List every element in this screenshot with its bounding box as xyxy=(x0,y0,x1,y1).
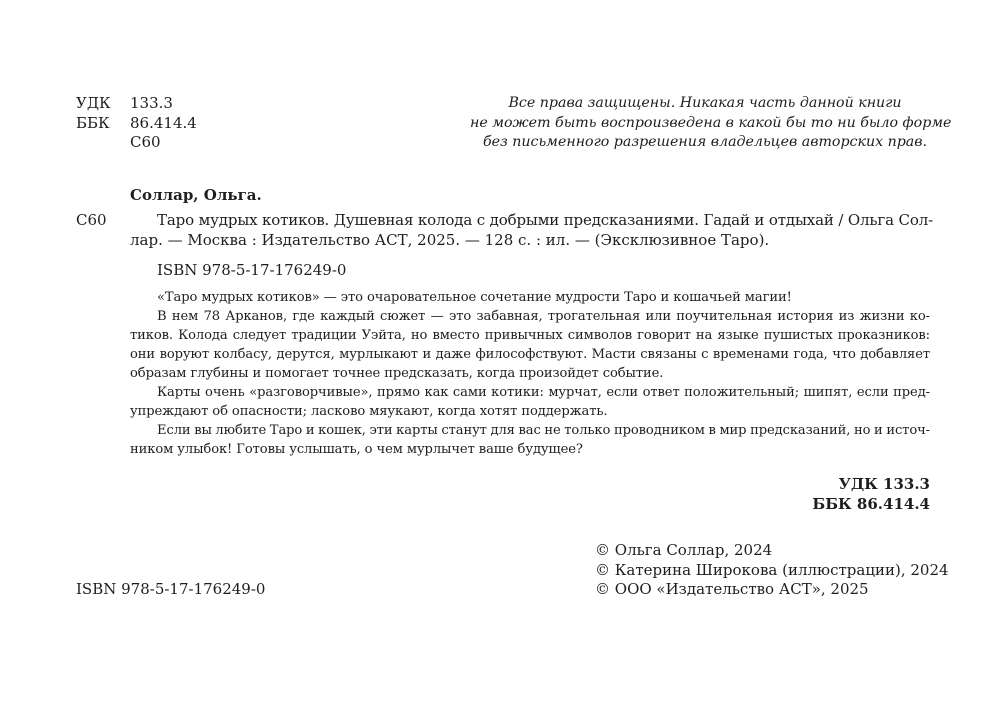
author-code: С60 xyxy=(130,133,161,152)
rights-notice-line: без письменного разрешения владельцев ав… xyxy=(470,133,940,153)
annotation-line: тиков. Колода следует традиции Уэйта, но… xyxy=(130,326,930,345)
entry-imprint-line: лар. — Москва : Издательство АСТ, 2025. … xyxy=(130,231,769,250)
copyright-line: © Катерина Широкова (иллюстрации), 2024 xyxy=(595,561,949,580)
author-heading: Соллар, Ольга. xyxy=(130,186,262,205)
annotation-line: образам глубины и помогает точнее предск… xyxy=(130,364,663,383)
bottom-bbk: ББК 86.414.4 xyxy=(812,495,930,514)
entry-title-line: Таро мудрых котиков. Душевная колода с д… xyxy=(157,211,933,230)
annotation-line: упреждают об опасности; ласково мяукают,… xyxy=(130,402,607,421)
rights-notice-line: Все права защищены. Никакая часть данной… xyxy=(470,94,940,114)
entry-isbn: ISBN 978-5-17-176249-0 xyxy=(157,261,346,280)
bottom-udk: УДК 133.3 xyxy=(839,475,930,494)
annotation-line: ником улыбок! Готовы услышать, о чем мур… xyxy=(130,440,583,459)
annotation-line: «Таро мудрых котиков» — это очаровательн… xyxy=(157,288,792,307)
annotation-line: Карты очень «разговорчивые», прямо как с… xyxy=(157,383,930,402)
bbk-label: ББК xyxy=(76,114,110,133)
isbn-bottom: ISBN 978-5-17-176249-0 xyxy=(76,580,265,599)
annotation-line: Если вы любите Таро и кошек, эти карты с… xyxy=(157,421,930,440)
rights-notice-line: не может быть воспроизведена в какой бы … xyxy=(470,114,940,134)
rights-notice: Все права защищены. Никакая часть данной… xyxy=(470,94,940,153)
udk-value: 133.3 xyxy=(130,94,173,113)
udk-label: УДК xyxy=(76,94,111,113)
bbk-value: 86.414.4 xyxy=(130,114,197,133)
annotation-line: они воруют колбасу, дерутся, мурлыкают и… xyxy=(130,345,930,364)
copyright-line: © Ольга Соллар, 2024 xyxy=(595,541,772,560)
annotation-line: В нем 78 Арканов, где каждый сюжет — это… xyxy=(157,307,930,326)
entry-code: С60 xyxy=(76,211,107,230)
copyright-line: © ООО «Издательство АСТ», 2025 xyxy=(595,580,869,599)
